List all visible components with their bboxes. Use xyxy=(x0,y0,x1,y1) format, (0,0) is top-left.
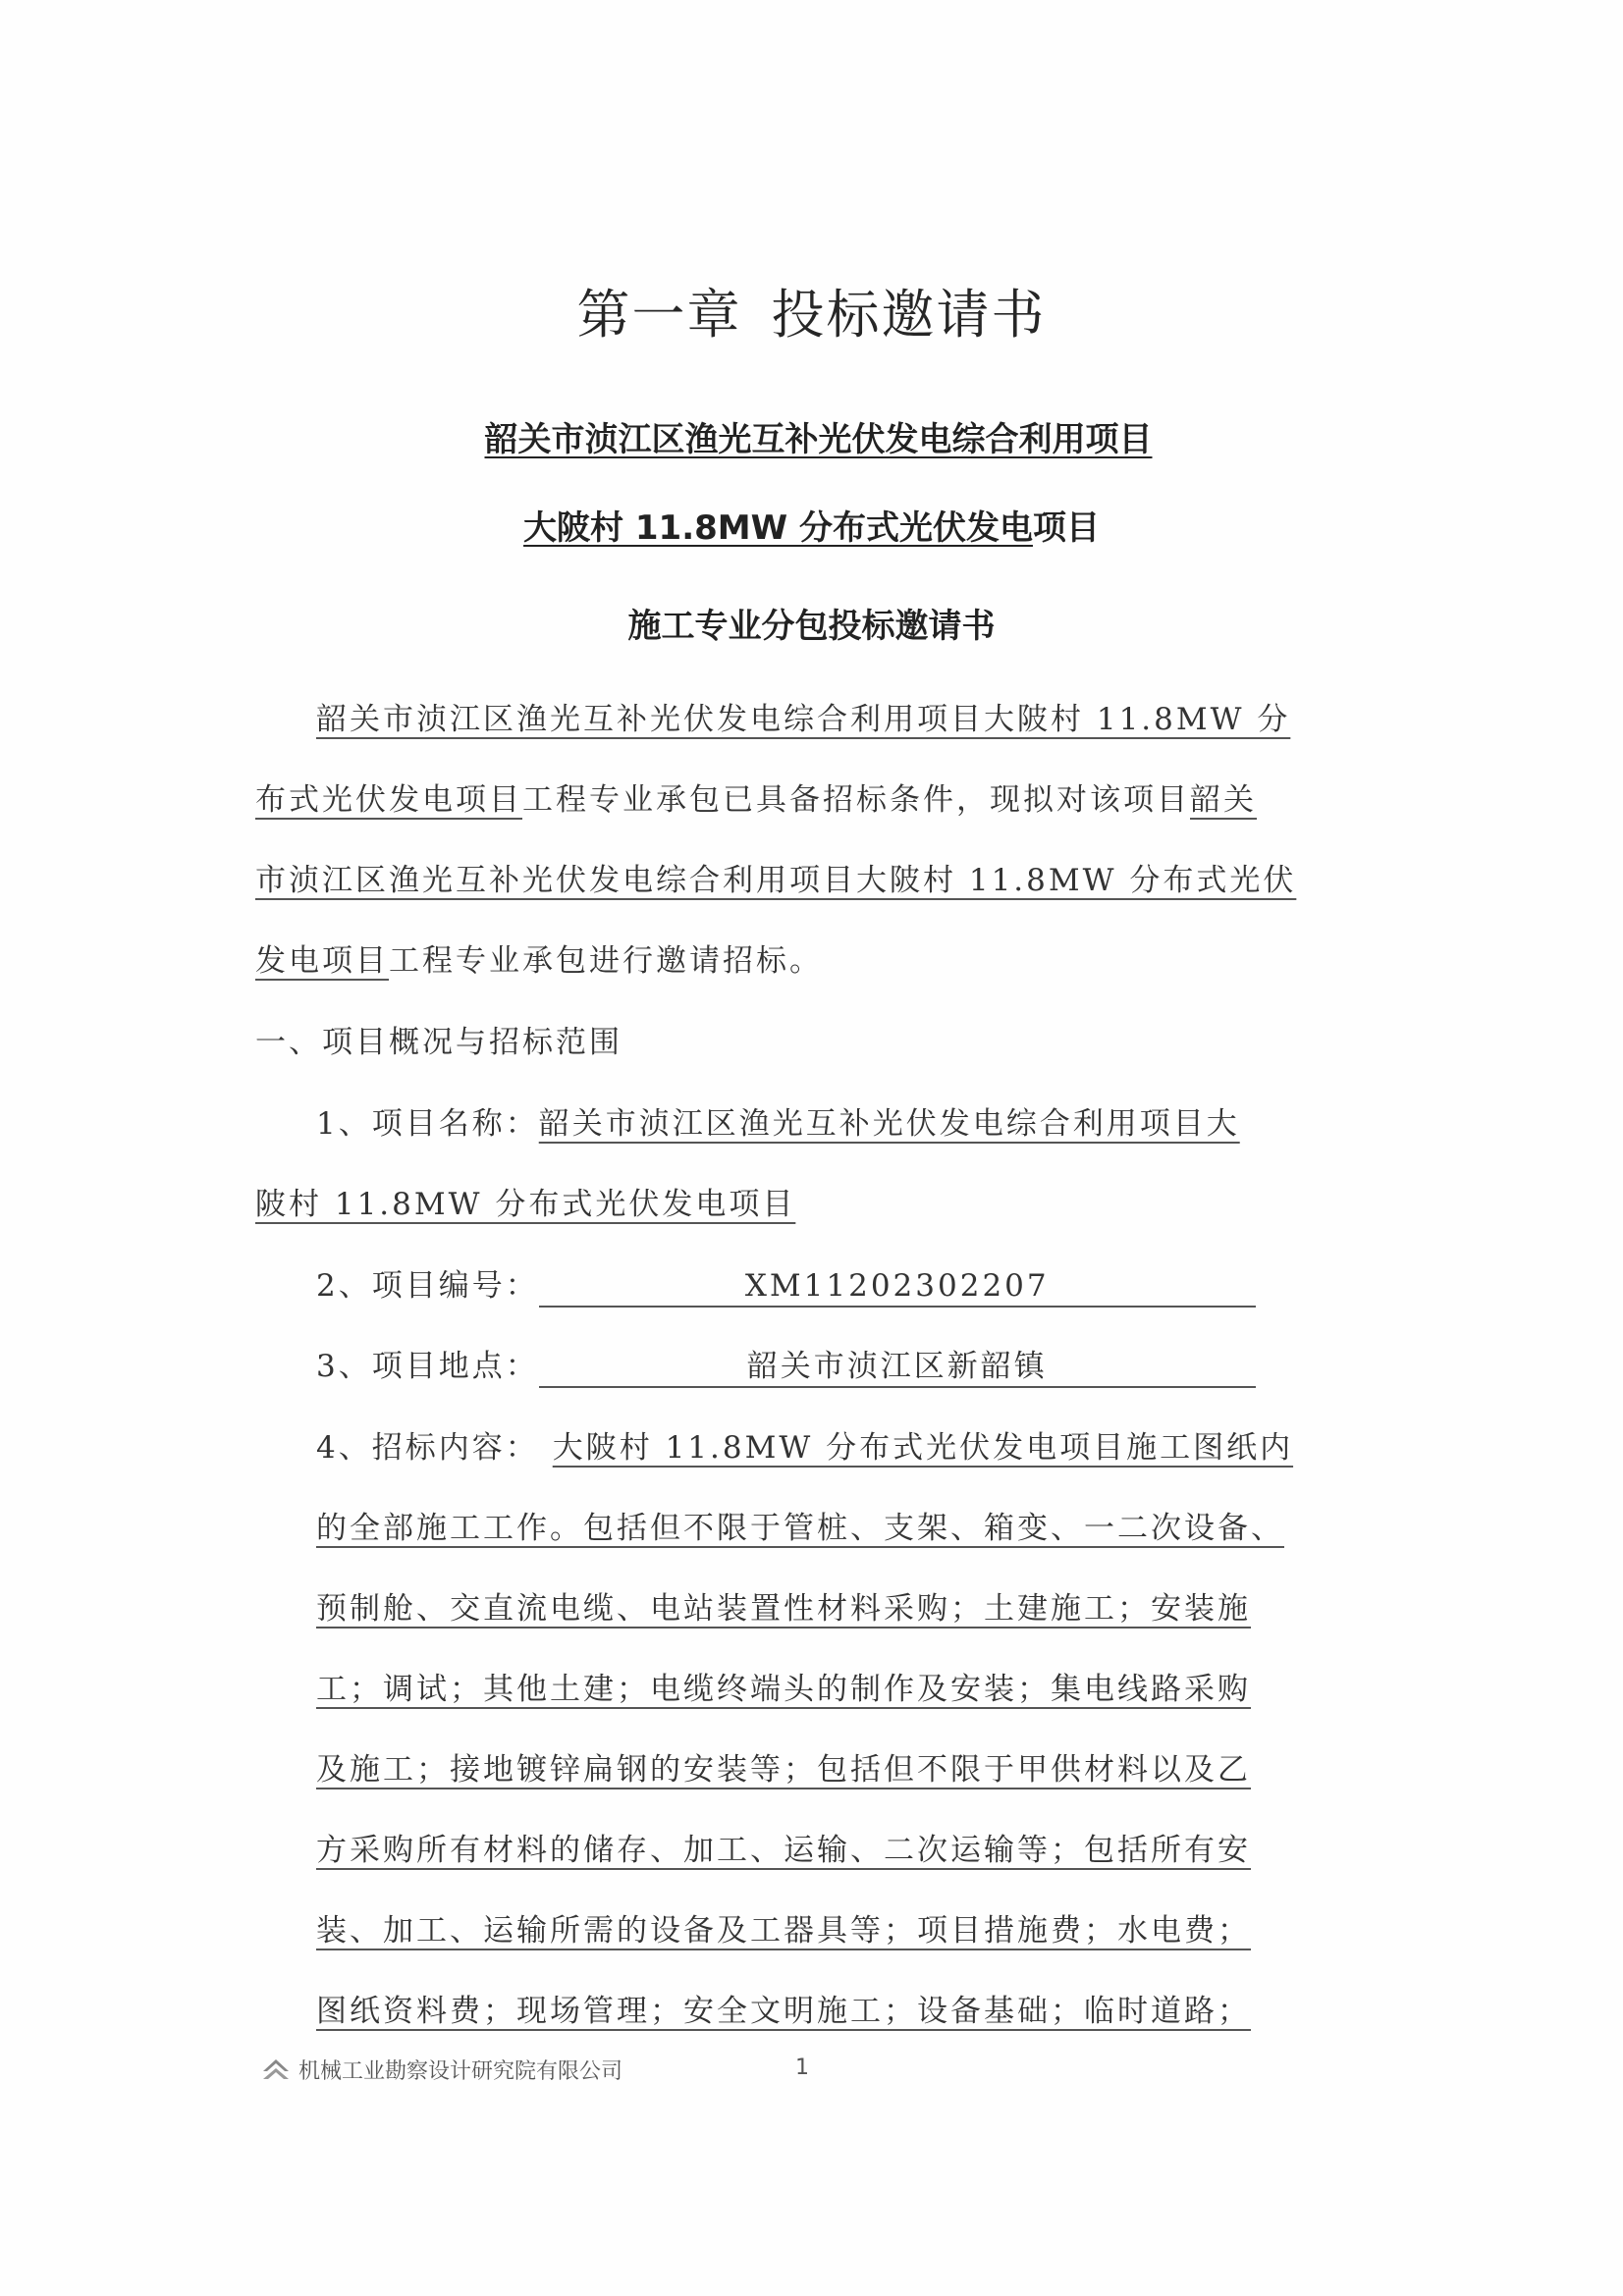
intro-segment: 布式光伏发电项目 xyxy=(255,782,522,818)
bid-content-text: 工；调试；其他土建；电缆终端头的制作及安装；集电线路采购 xyxy=(316,1672,1251,1707)
bid-content-line: 预制舱、交直流电缆、电站装置性材料采购；土建施工；安装施 xyxy=(316,1589,1251,1629)
item-project-name: 1、项目名称：韶关市浈江区渔光互补光伏发电综合利用项目大 xyxy=(316,1104,1240,1144)
item-value: 大陂村 11.8MW 分布式光伏发电项目施工图纸内 xyxy=(539,1430,1293,1466)
intro-line-1: 韶关市浈江区渔光互补光伏发电综合利用项目大陂村 11.8MW 分 xyxy=(316,700,1290,739)
bid-content-line: 方采购所有材料的储存、加工、运输、二次运输等；包括所有安 xyxy=(316,1831,1251,1870)
intro-segment: 市浈江区渔光互补光伏发电综合利用项目大陂村 11.8MW 分布式光伏 xyxy=(255,863,1296,898)
bid-content-line: 装、加工、运输所需的设备及工器具等；项目措施费；水电费； xyxy=(316,1911,1251,1950)
bid-content-line: 工；调试；其他土建；电缆终端头的制作及安装；集电线路采购 xyxy=(316,1670,1251,1709)
bid-content-line: 及施工；接地镀锌扁钢的安装等；包括但不限于甲供材料以及乙 xyxy=(316,1750,1251,1789)
bid-content-line: 的全部施工工作。包括但不限于管桩、支架、箱变、一二次设备、 xyxy=(316,1509,1284,1548)
project-subtitle-underlined: 大陂村 11.8MW 分布式光伏发电 xyxy=(523,508,1033,548)
item-project-location: 3、项目地点：韶关市浈江区新韶镇 xyxy=(316,1347,1256,1386)
bid-content-line: 图纸资料费；现场管理；安全文明施工；设备基础；临时道路； xyxy=(316,1992,1251,2031)
item-project-number: 2、项目编号：XM11202302207 xyxy=(316,1266,1256,1306)
project-title-line1: 韶关市浈江区渔光互补光伏发电综合利用项目 xyxy=(0,412,1623,460)
item-label: 2、项目编号： xyxy=(316,1268,539,1304)
item-label: 1、项目名称： xyxy=(316,1106,539,1142)
intro-line-2: 布式光伏发电项目工程专业承包已具备招标条件，现拟对该项目韶关 xyxy=(255,780,1257,820)
intro-line-4: 发电项目工程专业承包进行邀请招标。 xyxy=(255,941,823,981)
invitation-title: 施工专业分包投标邀请书 xyxy=(0,599,1623,647)
project-title-text: 韶关市浈江区渔光互补光伏发电综合利用项目 xyxy=(471,420,1153,459)
invitation-title-text: 施工专业分包投标邀请书 xyxy=(628,607,996,646)
project-title-line2: 大陂村 11.8MW 分布式光伏发电项目 xyxy=(0,501,1623,549)
item-label: 4、招标内容： xyxy=(316,1430,539,1466)
intro-segment: 韶关市浈江区渔光互补光伏发电综合利用项目大陂村 11.8MW 分 xyxy=(316,702,1290,737)
intro-segment: 发电项目 xyxy=(255,943,389,979)
item-label: 3、项目地点： xyxy=(316,1349,539,1384)
document-page: 第一章投标邀请书 韶关市浈江区渔光互补光伏发电综合利用项目 大陂村 11.8MW… xyxy=(0,0,1623,2296)
intro-line-3: 市浈江区渔光互补光伏发电综合利用项目大陂村 11.8MW 分布式光伏 xyxy=(255,861,1296,900)
chapter-number: 第一章 xyxy=(577,284,742,346)
item-value: 韶关市浈江区渔光互补光伏发电综合利用项目大 xyxy=(539,1106,1240,1142)
bid-content-text: 及施工；接地镀锌扁钢的安装等；包括但不限于甲供材料以及乙 xyxy=(316,1752,1251,1788)
item-value: XM11202302207 xyxy=(539,1266,1256,1308)
intro-segment: 工程专业承包已具备招标条件，现拟对该项目 xyxy=(522,782,1190,818)
page-number: 1 xyxy=(795,2056,809,2080)
intro-segment: 韶关 xyxy=(1190,782,1257,818)
intro-segment: 工程专业承包进行邀请招标。 xyxy=(389,943,823,979)
bid-content-text: 预制舱、交直流电缆、电站装置性材料采购；土建施工；安装施 xyxy=(316,1591,1251,1627)
bid-content-text: 的全部施工工作。包括但不限于管桩、支架、箱变、一二次设备、 xyxy=(316,1511,1284,1546)
bid-content-text: 装、加工、运输所需的设备及工器具等；项目措施费；水电费； xyxy=(316,1913,1251,1949)
item-value: 韶关市浈江区新韶镇 xyxy=(539,1347,1256,1388)
section-heading: 一、项目概况与招标范围 xyxy=(255,1023,622,1062)
chapter-name: 投标邀请书 xyxy=(772,284,1047,346)
bid-content-text: 方采购所有材料的储存、加工、运输、二次运输等；包括所有安 xyxy=(316,1833,1251,1868)
chapter-title: 第一章投标邀请书 xyxy=(0,273,1623,348)
project-subtitle-rest: 项目 xyxy=(1033,508,1100,548)
item-project-name-cont: 陂村 11.8MW 分布式光伏发电项目 xyxy=(255,1185,795,1224)
bid-content-text: 图纸资料费；现场管理；安全文明施工；设备基础；临时道路； xyxy=(316,1994,1251,2029)
page-footer: 机械工业勘察设计研究院有限公司 xyxy=(261,2050,622,2089)
item-bid-content: 4、招标内容：大陂村 11.8MW 分布式光伏发电项目施工图纸内 xyxy=(316,1428,1293,1468)
company-logo-icon xyxy=(261,2057,291,2081)
company-name: 机械工业勘察设计研究院有限公司 xyxy=(298,2055,622,2085)
item-value: 陂村 11.8MW 分布式光伏发电项目 xyxy=(255,1187,795,1222)
